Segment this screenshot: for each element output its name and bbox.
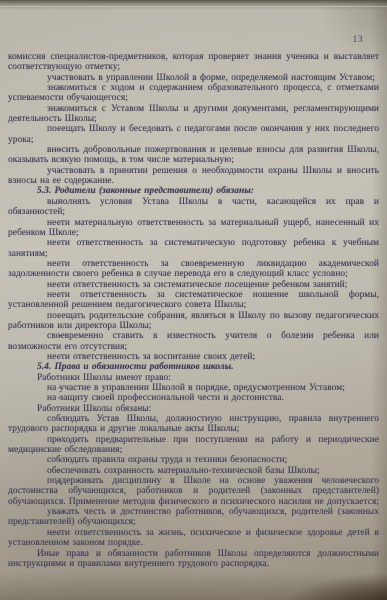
list-dash: - <box>33 145 47 155</box>
list-item: -знакомиться с Уставом Школы и другими д… <box>8 104 379 125</box>
list-item-text: посещать Школу и беседовать с педагогами… <box>8 124 379 144</box>
list-item: -соблюдать Устав Школы, должностную инст… <box>8 414 379 435</box>
list-dash: - <box>33 280 47 290</box>
document-body: комиссия специалистов-предметников, кото… <box>8 52 379 569</box>
list-dash: - <box>33 414 47 424</box>
list-item: -вносить добровольные пожертвования и це… <box>8 145 379 166</box>
list-item-text: нести ответственность за жизнь, психичес… <box>8 528 379 548</box>
document-photo: 13 комиссия специалистов-предметников, к… <box>0 0 387 600</box>
list-item-text: своевременно ставить в известность учите… <box>8 331 379 351</box>
list-item-text: проходить предварительные при поступлени… <box>8 435 379 455</box>
list-dash: - <box>33 466 47 476</box>
list-item: -нести ответственность за своевременную … <box>8 259 379 280</box>
list-item-text: нести ответственность за систематическое… <box>8 290 379 310</box>
list-item-text: на защиту своей профессиональной чести и… <box>47 393 284 403</box>
list-item-text: на участие в управлении Школой в порядке… <box>47 383 345 393</box>
list-item-text: посещать родительские собрания, являться… <box>8 311 379 331</box>
list-item: -своевременно ставить в известность учит… <box>8 331 379 352</box>
list-dash: - <box>33 259 47 269</box>
list-item: -нести ответственность за воспитание сво… <box>8 352 379 362</box>
section-heading: 5.4. Права и обязанности работников школ… <box>8 362 379 372</box>
list-item-text: поддерживать дисциплину в Школе на основ… <box>8 476 379 507</box>
list-item-text: нести ответственность за систематическое… <box>47 280 347 290</box>
list-dash: - <box>33 507 47 517</box>
list-item: -поддерживать дисциплину в Школе на осно… <box>8 476 379 507</box>
list-item: -проходить предварительные при поступлен… <box>8 435 379 456</box>
list-item: -посещать Школу и беседовать с педагогам… <box>8 124 379 145</box>
list-item-text: вносить добровольные пожертвования и цел… <box>8 145 379 165</box>
list-dash: - <box>33 455 47 465</box>
list-item-text: нести материальную ответственность за ма… <box>8 218 379 238</box>
paragraph: комиссия специалистов-предметников, кото… <box>8 52 379 73</box>
list-item: -выполнять условия Устава Школы в части,… <box>8 197 379 218</box>
list-item: -на участие в управлении Школой в порядк… <box>8 383 379 393</box>
list-item: -участвовать в управлении Школой в форме… <box>8 73 379 83</box>
paragraph: Работники Школы обязаны: <box>8 404 379 414</box>
list-item: -знакомиться с ходом и содержанием образ… <box>8 83 379 104</box>
list-item-text: знакомиться с ходом и содержанием образо… <box>8 83 379 103</box>
list-item-text: знакомиться с Уставом Школы и другими до… <box>8 104 379 124</box>
list-item: -обеспечивать сохранность материально-те… <box>8 466 379 476</box>
list-dash: - <box>33 238 47 248</box>
list-dash: - <box>33 166 47 176</box>
list-dash: - <box>33 218 47 228</box>
list-dash: - <box>33 311 47 321</box>
list-item-text: участвовать в принятии решения о необход… <box>8 166 379 186</box>
list-dash: - <box>33 73 47 83</box>
list-item: -нести ответственность за систематическо… <box>8 290 379 311</box>
list-item: -нести материальную ответственность за м… <box>8 218 379 239</box>
page-top-edge <box>0 0 387 10</box>
list-item: -нести ответственность за систематическу… <box>8 238 379 259</box>
list-dash: - <box>33 528 47 538</box>
page-number: 13 <box>353 35 364 45</box>
list-item: -посещать родительские собрания, являтьс… <box>8 311 379 332</box>
list-dash: - <box>33 290 47 300</box>
list-dash: - <box>33 352 47 362</box>
list-dash: - <box>33 476 47 486</box>
list-item: -соблюдать правила охраны труда и техник… <box>8 455 379 465</box>
paragraph: Иные права и обязанности работников Школ… <box>8 549 379 570</box>
list-dash: - <box>33 393 47 403</box>
paragraph: Работники Школы имеют право: <box>8 373 379 383</box>
list-dash: - <box>33 104 47 114</box>
section-heading: 5.3. Родители (законные представители) о… <box>8 186 379 196</box>
list-item: -на защиту своей профессиональной чести … <box>8 393 379 403</box>
list-dash: - <box>33 83 47 93</box>
list-item-text: уважать честь и достоинство работников, … <box>8 507 379 527</box>
list-item-text: соблюдать Устав Школы, должностную инстр… <box>8 414 379 434</box>
list-item: -участвовать в принятии решения о необхо… <box>8 166 379 187</box>
list-dash: - <box>33 435 47 445</box>
list-item-text: обеспечивать сохранность материально-тех… <box>47 466 320 476</box>
list-item: -нести ответственность за систематическо… <box>8 280 379 290</box>
list-item-text: нести ответственность за систематическую… <box>8 238 379 258</box>
list-item-text: участвовать в управлении Школой в форме,… <box>47 73 375 83</box>
list-dash: - <box>33 383 47 393</box>
list-item: -нести ответственность за жизнь, психиче… <box>8 528 379 549</box>
list-item-text: соблюдать правила охраны труда и техники… <box>47 455 287 465</box>
list-item-text: выполнять условия Устава Школы в части, … <box>8 197 379 217</box>
list-item-text: нести ответственность за своевременную л… <box>8 259 379 279</box>
list-dash: - <box>33 124 47 134</box>
list-item: -уважать честь и достоинство работников,… <box>8 507 379 528</box>
list-dash: - <box>33 197 47 207</box>
list-dash: - <box>33 331 47 341</box>
list-item-text: нести ответственность за воспитание свои… <box>47 352 255 362</box>
